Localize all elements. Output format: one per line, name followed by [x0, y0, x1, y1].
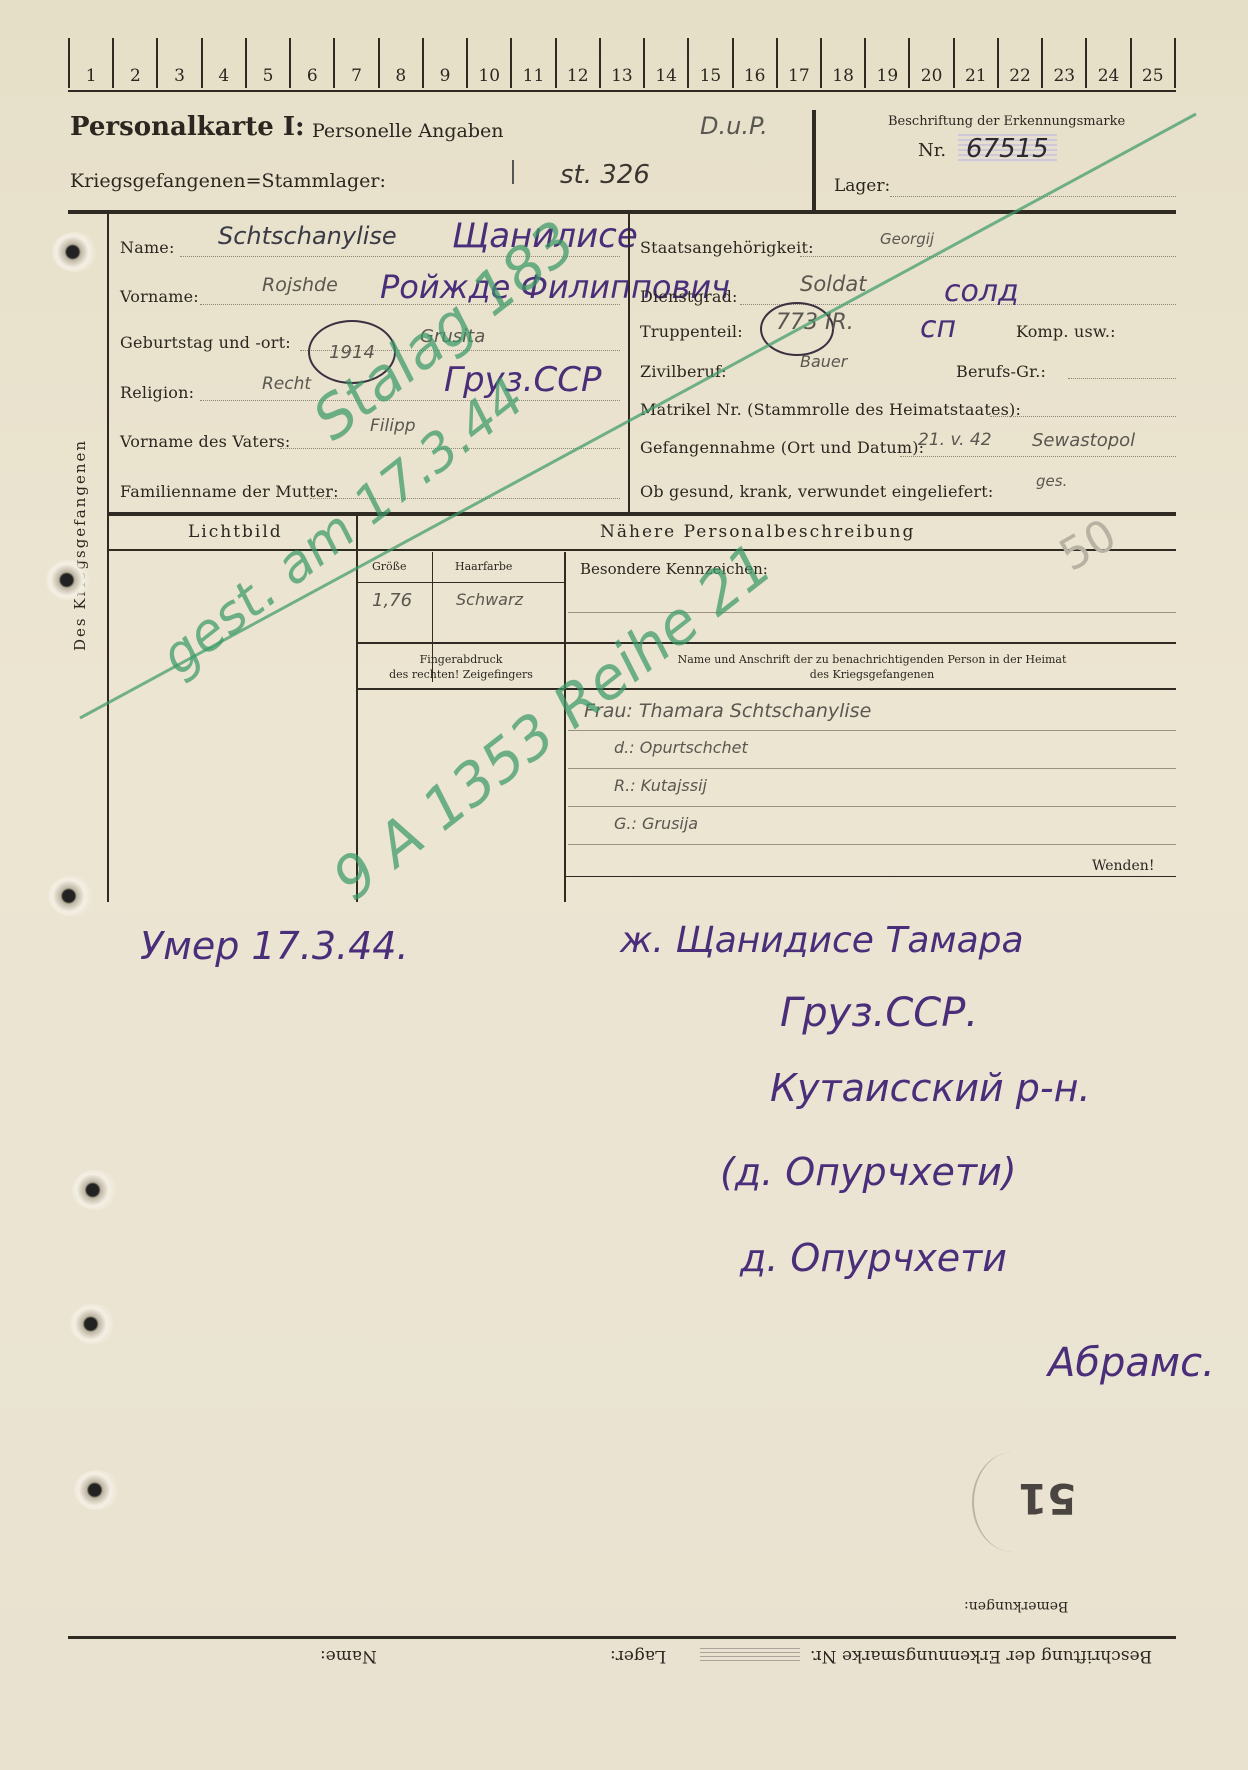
punch-hole — [52, 232, 98, 272]
punch-hole — [46, 560, 92, 600]
reverse-beschriftung: Beschriftung der Erkennungsmarke Nr. — [810, 1646, 1152, 1666]
stamp-number: 51 — [1018, 1474, 1076, 1523]
green-strike-line — [0, 0, 1248, 900]
wife-note: ж. Щанидисе Тамара — [620, 920, 1024, 961]
signature: Абрамс. — [1048, 1340, 1215, 1386]
district-note: Кутаисский р-н. — [770, 1066, 1091, 1110]
punch-hole — [48, 876, 94, 916]
reverse-name: Name: — [320, 1646, 377, 1666]
death-note: Умер 17.3.44. — [140, 924, 409, 968]
punch-hole — [70, 1304, 116, 1344]
document-card: 1234567891011121314151617181920212223242… — [0, 0, 1248, 1770]
republic-note: Груз.ССР. — [780, 990, 978, 1036]
village-note: д. Опурчхети — [740, 1236, 1007, 1280]
village-paren-note: (д. Опурчхети) — [720, 1150, 1017, 1194]
reverse-lager: Lager: — [610, 1646, 666, 1666]
punch-hole — [72, 1170, 118, 1210]
punch-hole — [74, 1470, 120, 1510]
reverse-bemerkungen: Bemerkungen: — [964, 1598, 1068, 1614]
